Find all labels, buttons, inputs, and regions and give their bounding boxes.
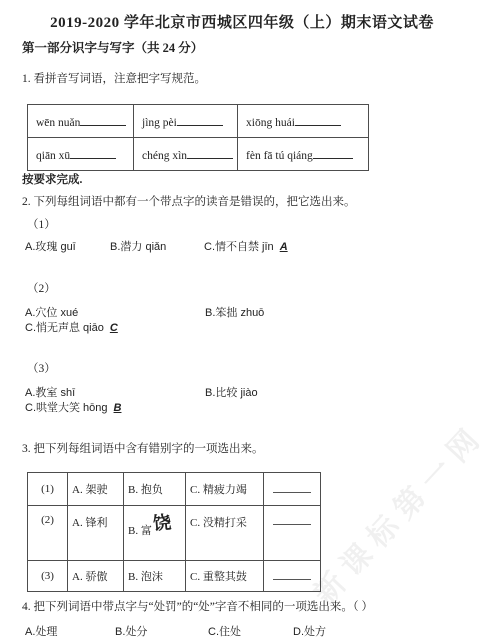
page-title: 2019-2020 学年北京市西城区四年级（上）期末语文试卷 — [0, 11, 484, 32]
answer-cell — [264, 561, 321, 592]
row-number: (1) — [28, 473, 68, 506]
group-2-options-line2: C.悄无声息 qiāoC — [0, 319, 484, 335]
marked-answer: B — [114, 402, 122, 414]
group-1-label: （1） — [27, 216, 56, 232]
handwritten-character: 饶 — [152, 508, 172, 535]
option-c-cell: C. 精疲力竭 — [186, 473, 264, 506]
option-c-text: C.悄无声息 qiāo — [25, 322, 104, 334]
row-number: (3) — [28, 561, 68, 592]
option-c: C.哄堂大笑 hōngB — [25, 399, 121, 415]
option-c-cell: C. 重整其鼓 — [186, 561, 264, 592]
table-row: qiān xū chéng xìn fèn fā tú qiáng — [28, 138, 369, 171]
group-2-options-line1: A.穴位 xué B.笨拙 zhuō — [0, 304, 484, 320]
option-a-cell: A. 架驶 — [68, 473, 124, 506]
question-2-prompt: 2. 下列每组词语中都有一个带点字的读音是错误的，把它选出来。 — [22, 193, 356, 209]
answer-blank — [273, 514, 311, 525]
option-a-cell: A. 骄傲 — [68, 561, 124, 592]
pinyin-text: chéng xìn — [142, 150, 187, 162]
answer-blank — [313, 147, 353, 159]
table-row: (2) A. 锋利 B. 富饶 C. 没精打采 — [28, 506, 321, 561]
option-d: D.处方 — [293, 623, 326, 639]
option-b-cell: B. 抱负 — [124, 473, 186, 506]
pinyin-cell: jìng pèi — [134, 105, 238, 138]
option-b: B.潜力 qiǎn — [110, 238, 166, 254]
row-number: (2) — [28, 506, 68, 561]
marked-answer: C — [110, 322, 118, 334]
pinyin-cell: wēn nuǎn — [28, 105, 134, 138]
group-3-label: （3） — [27, 360, 56, 376]
group-3-options-line2: C.哄堂大笑 hōngB — [0, 399, 484, 415]
option-c: C.悄无声息 qiāoC — [25, 319, 118, 335]
answer-blank — [70, 147, 116, 159]
answer-blank — [177, 114, 223, 126]
instruction-note: 按要求完成. — [22, 171, 82, 187]
answer-blank — [295, 114, 341, 126]
section-heading: 第一部分识字与写字（共 24 分） — [22, 38, 203, 56]
pinyin-cell: chéng xìn — [134, 138, 238, 171]
option-b-text: B. 富 — [128, 525, 152, 537]
pinyin-text: wēn nuǎn — [36, 117, 80, 129]
marked-answer: A — [280, 241, 288, 253]
pinyin-text: xiōng huái — [246, 117, 295, 129]
wrong-character-table: (1) A. 架驶 B. 抱负 C. 精疲力竭 (2) A. 锋利 B. 富饶 … — [27, 472, 321, 592]
option-c-cell: C. 没精打采 — [186, 506, 264, 561]
answer-cell — [264, 473, 321, 506]
option-c: C.住处 — [208, 623, 241, 639]
pinyin-text: jìng pèi — [142, 117, 177, 129]
group-2-label: （2） — [27, 280, 56, 296]
option-a-cell: A. 锋利 — [68, 506, 124, 561]
option-b-cell: B. 富饶 — [124, 506, 186, 561]
pinyin-cell: qiān xū — [28, 138, 134, 171]
pinyin-text: qiān xū — [36, 150, 70, 162]
option-c-text: C.哄堂大笑 hōng — [25, 402, 108, 414]
option-b-cell: B. 泡沫 — [124, 561, 186, 592]
pinyin-cell: xiōng huái — [238, 105, 369, 138]
answer-blank — [273, 482, 311, 493]
group-3-options-line1: A.教室 shī B.比较 jiào — [0, 384, 484, 400]
option-a: A.处理 — [25, 623, 57, 639]
option-b: B.笨拙 zhuō — [205, 304, 264, 320]
option-c: C.情不自禁 jīnA — [204, 238, 288, 254]
pinyin-cell: fèn fā tú qiáng — [238, 138, 369, 171]
group-1-options: A.玫瑰 guī B.潜力 qiǎn C.情不自禁 jīnA — [0, 238, 484, 254]
answer-blank — [80, 114, 126, 126]
option-b: B.比较 jiào — [205, 384, 258, 400]
question-4-prompt: 4. 把下列词语中带点字与“处罚”的“处”字音不相同的一项选出来。（ ） — [22, 598, 373, 614]
exam-paper-page: { "doc": { "title": "2019-2020 学年北京市西城区四… — [0, 0, 484, 644]
option-a: A.教室 shī — [25, 384, 75, 400]
option-c-text: C.情不自禁 jīn — [204, 241, 274, 253]
table-row: (3) A. 骄傲 B. 泡沫 C. 重整其鼓 — [28, 561, 321, 592]
table-row: wēn nuǎn jìng pèi xiōng huái — [28, 105, 369, 138]
pinyin-table: wēn nuǎn jìng pèi xiōng huái qiān xū ché… — [27, 104, 369, 171]
option-b: B.处分 — [115, 623, 147, 639]
answer-cell — [264, 506, 321, 561]
answer-blank — [273, 569, 311, 580]
diagonal-watermark: 新课标第一网 — [301, 341, 484, 612]
option-a: A.穴位 xué — [25, 304, 78, 320]
question-4-options: A.处理 B.处分 C.住处 D.处方 — [0, 623, 484, 639]
question-3-prompt: 3. 把下列每组词语中含有错别字的一项选出来。 — [22, 440, 264, 456]
table-row: (1) A. 架驶 B. 抱负 C. 精疲力竭 — [28, 473, 321, 506]
option-a: A.玫瑰 guī — [25, 238, 76, 254]
answer-blank — [187, 147, 233, 159]
question-1-prompt: 1. 看拼音写词语，注意把字写规范。 — [22, 70, 206, 86]
pinyin-text: fèn fā tú qiáng — [246, 150, 313, 162]
